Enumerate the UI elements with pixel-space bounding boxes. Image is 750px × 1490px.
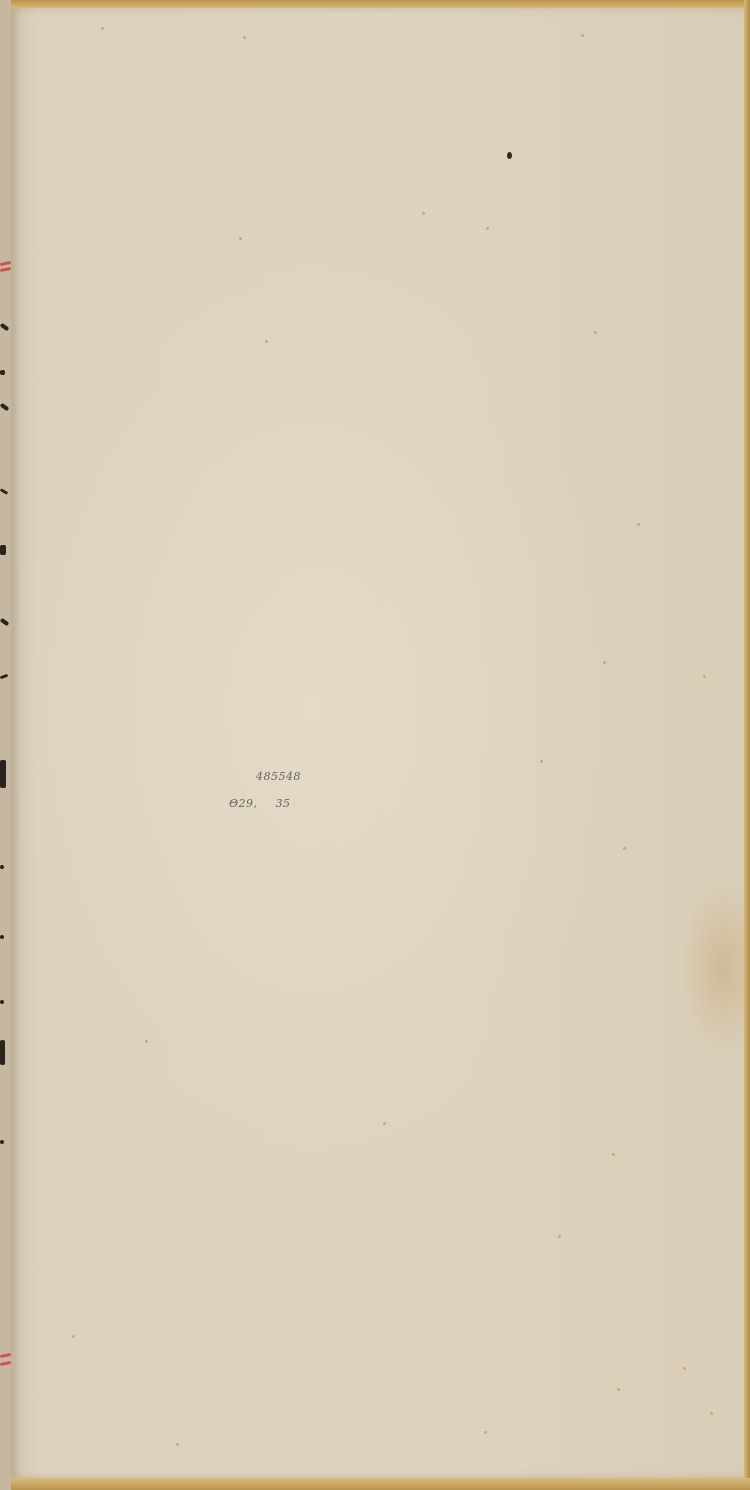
foxing-speck <box>486 227 489 230</box>
foxing-speck <box>558 1235 561 1238</box>
foxing-speck <box>683 1367 686 1370</box>
foxing-speck <box>145 1040 148 1043</box>
foxing-speck <box>703 675 706 678</box>
calligraphy-stroke <box>0 865 4 869</box>
foxing-speck <box>623 847 626 850</box>
foxing-speck <box>101 27 104 30</box>
mount-border-bottom <box>0 1478 750 1490</box>
mount-border-right <box>744 0 750 1490</box>
calligraphy-stroke <box>0 370 5 375</box>
calligraphy-stroke <box>0 488 8 495</box>
foxing-speck <box>710 1412 713 1415</box>
calligraphy-stroke <box>0 935 4 939</box>
ink-spot <box>507 152 512 159</box>
foxing-speck <box>484 1431 487 1434</box>
foxing-speck <box>239 237 242 240</box>
foxing-speck <box>422 212 425 215</box>
adjacent-leaf-edge <box>0 0 11 1490</box>
catalog-reference: Θ29,35 <box>229 797 291 810</box>
foxing-speck <box>603 661 606 664</box>
foxing-speck <box>594 331 597 334</box>
foxing-speck <box>383 1122 386 1125</box>
catalog-ref-prefix: Θ29, <box>229 797 258 810</box>
red-seal-mark <box>0 1353 11 1358</box>
red-seal-mark <box>0 267 11 272</box>
foxing-speck <box>612 1153 615 1156</box>
foxing-speck <box>581 34 584 37</box>
calligraphy-stroke <box>0 1000 4 1004</box>
foxing-speck <box>265 340 268 343</box>
catalog-number: 485548 <box>256 770 301 783</box>
foxing-speck <box>243 36 246 39</box>
calligraphy-stroke <box>0 1140 4 1144</box>
calligraphy-stroke <box>0 323 9 331</box>
calligraphy-stroke <box>0 674 8 680</box>
blank-album-leaf <box>11 8 744 1478</box>
calligraphy-stroke <box>0 403 9 411</box>
mount-border-top <box>0 0 750 8</box>
calligraphy-stroke <box>0 760 6 788</box>
foxing-speck <box>176 1443 179 1446</box>
foxing-speck <box>637 523 640 526</box>
calligraphy-stroke <box>0 1040 5 1065</box>
catalog-ref-suffix: 35 <box>276 797 291 810</box>
calligraphy-stroke <box>0 545 6 555</box>
calligraphy-stroke <box>0 618 9 626</box>
foxing-speck <box>617 1388 620 1391</box>
red-seal-mark <box>0 261 11 266</box>
foxing-speck <box>72 1335 75 1338</box>
red-seal-mark <box>0 1361 11 1366</box>
foxing-speck <box>540 760 543 763</box>
